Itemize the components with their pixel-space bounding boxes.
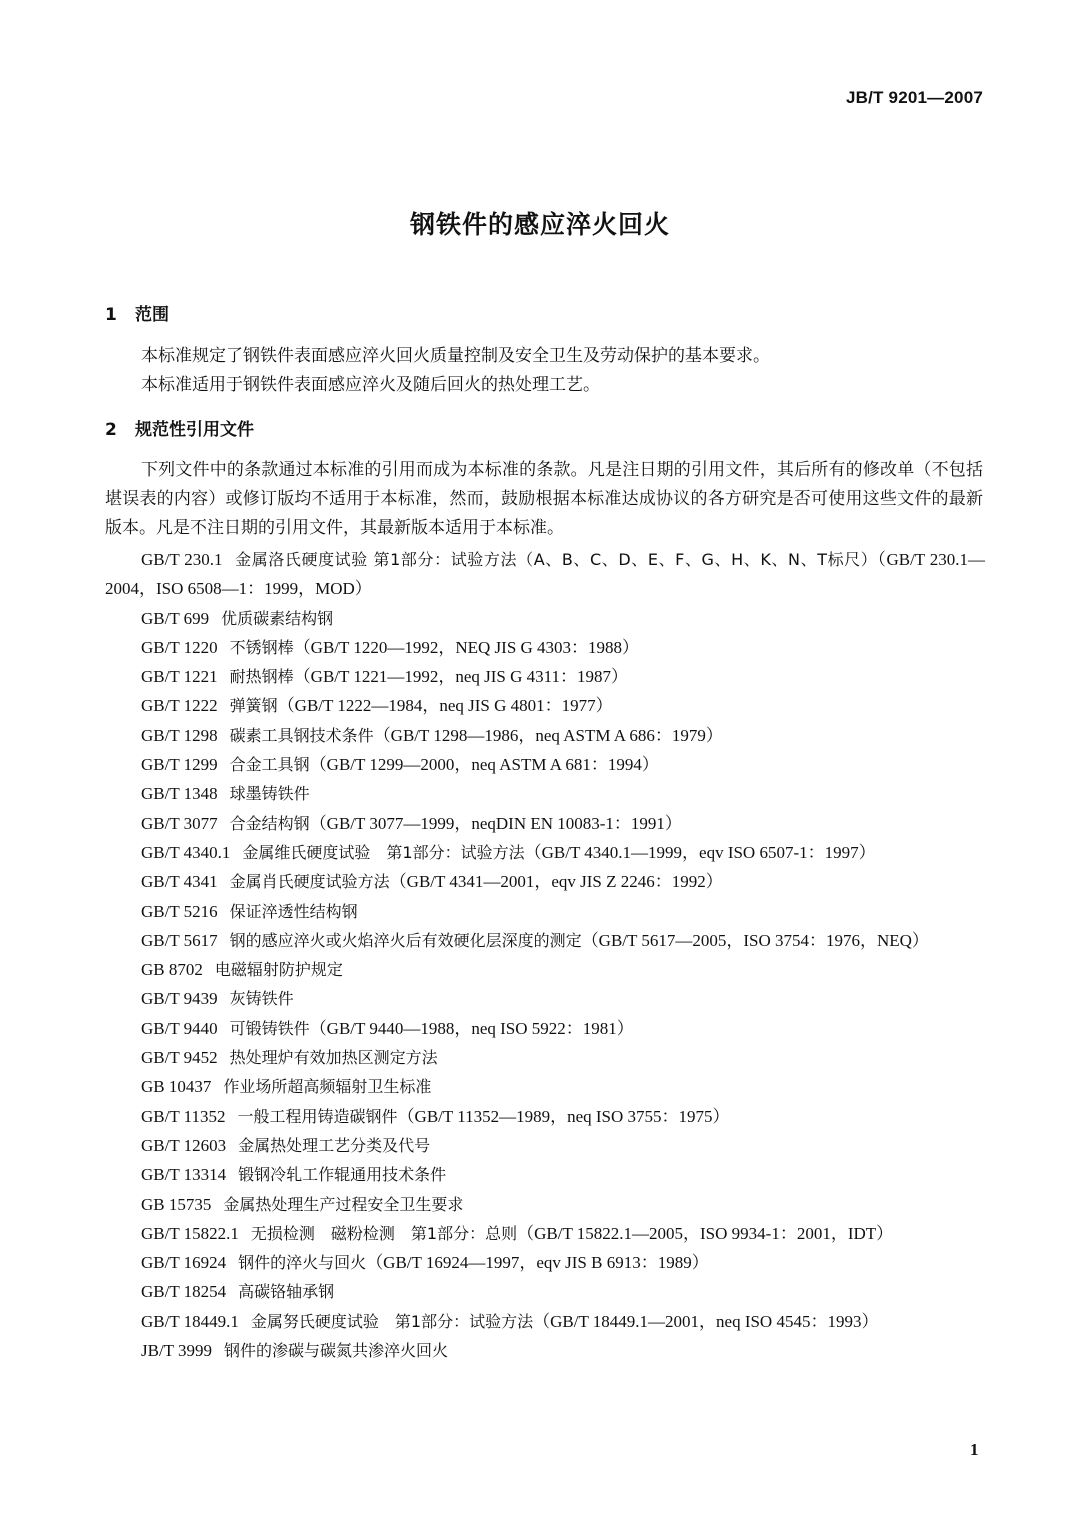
reference-item: GB/T 230.1金属洛氏硬度试验 第1部分：试验方法（A、B、C、D、E、F… (105, 545, 985, 604)
section-heading-normative-references: 2规范性引用文件 (105, 415, 254, 440)
document-title: 钢铁件的感应淬火回火 (0, 205, 1080, 241)
reference-item: GB/T 5216保证淬透性结构钢 (105, 897, 985, 926)
section-number: 2 (105, 420, 135, 440)
reference-item: GB 8702电磁辐射防护规定 (105, 955, 985, 984)
reference-item: GB/T 9439灰铸铁件 (105, 984, 985, 1013)
reference-item: GB/T 1221耐热钢棒（GB/T 1221—1992，neq JIS G 4… (105, 662, 985, 691)
reference-item: GB/T 18449.1金属努氏硬度试验 第1部分：试验方法（GB/T 1844… (105, 1307, 985, 1336)
section-number: 1 (105, 305, 135, 325)
page-number: 1 (970, 1440, 979, 1460)
reference-item: GB/T 9440可锻铸铁件（GB/T 9440—1988，neq ISO 59… (105, 1014, 985, 1043)
reference-item: GB/T 1220不锈钢棒（GB/T 1220—1992，NEQ JIS G 4… (105, 633, 985, 662)
reference-item: GB/T 15822.1无损检测 磁粉检测 第1部分：总则（GB/T 15822… (105, 1219, 985, 1248)
standard-code: JB/T 9201—2007 (846, 88, 983, 108)
reference-item: GB/T 1299合金工具钢（GB/T 1299—2000，neq ASTM A… (105, 750, 985, 779)
scope-paragraph-1: 本标准规定了钢铁件表面感应淬火回火质量控制及安全卫生及劳动保护的基本要求。 (105, 342, 983, 371)
section-title: 规范性引用文件 (135, 420, 254, 440)
reference-item: GB/T 1348球墨铸铁件 (105, 779, 985, 808)
reference-item: GB/T 699优质碳素结构钢 (105, 604, 985, 633)
reference-item: GB/T 5617钢的感应淬火或火焰淬火后有效硬化层深度的测定（GB/T 561… (105, 926, 985, 955)
reference-item: GB 10437作业场所超高频辐射卫生标准 (105, 1072, 985, 1101)
reference-item: GB/T 12603金属热处理工艺分类及代号 (105, 1131, 985, 1160)
reference-item: GB/T 16924钢件的淬火与回火（GB/T 16924—1997，eqv J… (105, 1248, 985, 1277)
section-heading-scope: 1范围 (105, 300, 169, 325)
reference-item: GB/T 4341金属肖氏硬度试验方法（GB/T 4341—2001，eqv J… (105, 867, 985, 896)
reference-list: GB/T 230.1金属洛氏硬度试验 第1部分：试验方法（A、B、C、D、E、F… (105, 545, 985, 1365)
reference-item: GB/T 18254高碳铬轴承钢 (105, 1277, 985, 1306)
references-intro-paragraph: 下列文件中的条款通过本标准的引用而成为本标准的条款。凡是注日期的引用文件，其后所… (105, 456, 983, 543)
reference-item: JB/T 3999钢件的渗碳与碳氮共渗淬火回火 (105, 1336, 985, 1365)
section-title: 范围 (135, 305, 169, 325)
reference-item: GB/T 1298碳素工具钢技术条件（GB/T 1298—1986，neq AS… (105, 721, 985, 750)
reference-item: GB/T 13314锻钢冷轧工作辊通用技术条件 (105, 1160, 985, 1189)
scope-paragraph-2: 本标准适用于钢铁件表面感应淬火及随后回火的热处理工艺。 (105, 371, 983, 400)
reference-item: GB/T 9452热处理炉有效加热区测定方法 (105, 1043, 985, 1072)
reference-item: GB 15735金属热处理生产过程安全卫生要求 (105, 1190, 985, 1219)
reference-item: GB/T 4340.1金属维氏硬度试验 第1部分：试验方法（GB/T 4340.… (105, 838, 985, 867)
reference-item: GB/T 1222弹簧钢（GB/T 1222—1984，neq JIS G 48… (105, 691, 985, 720)
reference-item: GB/T 11352一般工程用铸造碳钢件（GB/T 11352—1989，neq… (105, 1102, 985, 1131)
reference-item: GB/T 3077合金结构钢（GB/T 3077—1999，neqDIN EN … (105, 809, 985, 838)
